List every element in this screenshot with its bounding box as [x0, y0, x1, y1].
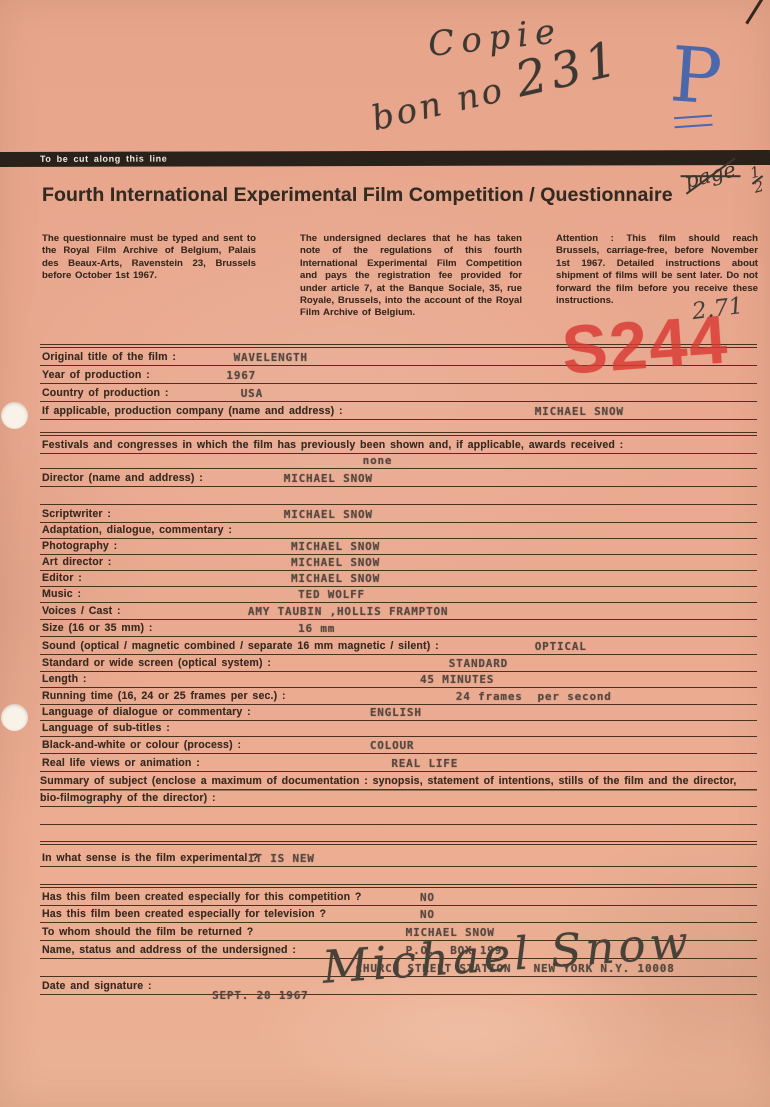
field-value: STANDARD: [449, 657, 508, 670]
form-row: In what sense is the film experimental ?…: [40, 845, 757, 867]
field-value: SEPT. 28 1967: [212, 989, 309, 1002]
field-label: Country of production :: [42, 387, 169, 399]
field-label: Festivals and congresses in which the fi…: [42, 439, 623, 451]
field-value: 45 MINUTES: [420, 673, 494, 686]
field-label: Sound (optical / magnetic combined / sep…: [42, 640, 439, 652]
blue-double-underline: [674, 115, 713, 129]
form-row: Director (name and address) :MICHAEL SNO…: [40, 469, 757, 487]
field-value: 1967: [226, 369, 256, 382]
page-fraction: 1 2: [747, 166, 766, 194]
field-label: Length :: [42, 673, 87, 685]
field-value: NO: [420, 908, 435, 921]
form-row: [40, 867, 757, 888]
field-label: Original title of the film :: [42, 351, 176, 363]
field-value: MICHAEL SNOW: [284, 472, 373, 485]
field-value: NO: [420, 891, 435, 904]
field-value: MICHAEL SNOW: [291, 572, 380, 585]
form-row: none: [40, 454, 757, 469]
field-value: MICHAEL SNOW: [291, 540, 380, 553]
field-label: Director (name and address) :: [42, 472, 203, 484]
blue-letter-p: P: [667, 29, 724, 121]
form-row: Scriptwriter :MICHAEL SNOW: [40, 505, 757, 523]
form-row: [40, 487, 757, 505]
form-row: Language of dialogue or commentary :ENGL…: [40, 705, 757, 721]
scanned-questionnaire-page: Copie bon no 231 P To be cut along this …: [0, 0, 770, 1107]
form-row: Sound (optical / magnetic combined / sep…: [40, 637, 757, 655]
field-label: Date and signature :: [42, 980, 152, 992]
field-value: AMY TAUBIN ,HOLLIS FRAMPTON: [248, 605, 448, 618]
field-value: IT IS NEW: [248, 852, 315, 865]
field-label: Name, status and address of the undersig…: [42, 944, 296, 956]
form-row: Has this film been created especially fo…: [40, 888, 757, 906]
form-row: Black-and-white or colour (process) :COL…: [40, 737, 757, 754]
field-label: Editor :: [42, 572, 82, 584]
field-label: Has this film been created especially fo…: [42, 908, 326, 920]
field-label: Language of sub-titles :: [42, 722, 170, 734]
field-label: Adaptation, dialogue, commentary :: [42, 524, 232, 536]
form-row: [40, 420, 757, 436]
form-row: Editor :MICHAEL SNOW: [40, 571, 757, 587]
form-row: Music :TED WOLFF: [40, 587, 757, 603]
form-row: [40, 807, 757, 825]
field-value: WAVELENGTH: [234, 351, 308, 364]
field-label: Language of dialogue or commentary :: [42, 706, 251, 718]
field-label: To whom should the film be returned ?: [42, 926, 253, 938]
instructions-paragraph-1: The questionnaire must be typed and sent…: [42, 233, 256, 283]
field-label: Art director :: [42, 556, 111, 568]
field-label: Photography :: [42, 540, 117, 552]
field-label: Summary of subject (enclose a maximum of…: [40, 772, 757, 807]
field-label: Standard or wide screen (optical system)…: [42, 657, 271, 669]
field-label: Music :: [42, 588, 81, 600]
handwritten-blue-letter: P: [667, 36, 724, 128]
form-row: Standard or wide screen (optical system)…: [40, 655, 757, 672]
form-row: Length :45 MINUTES: [40, 672, 757, 688]
field-value: OPTICAL: [535, 640, 587, 653]
form-row: Running time (16, 24 or 25 frames per se…: [40, 688, 757, 705]
field-value: ENGLISH: [370, 706, 422, 719]
field-value: 16 mm: [298, 622, 335, 635]
form-row: Photography :MICHAEL SNOW: [40, 539, 757, 555]
field-value: COLOUR: [370, 739, 415, 752]
cut-line-label: To be cut along this line: [0, 150, 770, 167]
field-label: Year of production :: [42, 369, 150, 381]
field-label: If applicable, production company (name …: [42, 405, 343, 417]
field-value: MICHAEL SNOW: [535, 405, 624, 418]
form-rows: Original title of the film :WAVELENGTHYe…: [40, 344, 757, 995]
field-value: none: [363, 454, 393, 467]
punch-hole: [1, 704, 28, 731]
form-row: Country of production :USA: [40, 384, 757, 402]
form-row: Adaptation, dialogue, commentary :: [40, 523, 757, 539]
cut-line-bar: To be cut along this line: [0, 150, 770, 167]
field-label: Black-and-white or colour (process) :: [42, 739, 241, 751]
form-row: Real life views or animation :REAL LIFE: [40, 754, 757, 772]
page-title: Fourth International Experimental Film C…: [42, 184, 673, 207]
field-label: Size (16 or 35 mm) :: [42, 622, 153, 634]
field-value: MICHAEL SNOW: [291, 556, 380, 569]
field-value: USA: [241, 387, 263, 400]
field-value: MICHAEL SNOW: [284, 508, 373, 521]
form-row: [40, 825, 757, 845]
form-row: Art director :MICHAEL SNOW: [40, 555, 757, 571]
field-value: REAL LIFE: [391, 757, 458, 770]
pencil-code-note: 2.71: [691, 293, 745, 325]
form-row: Voices / Cast :AMY TAUBIN ,HOLLIS FRAMPT…: [40, 603, 757, 620]
bon-word: bon no: [368, 70, 509, 139]
field-label: Real life views or animation :: [42, 757, 200, 769]
field-value: 24 frames per second: [456, 690, 612, 703]
punch-hole: [1, 402, 28, 429]
field-label: Has this film been created especially fo…: [42, 891, 362, 903]
form-row: Summary of subject (enclose a maximum of…: [40, 772, 757, 807]
instructions-paragraph-2: The undersigned declares that he has tak…: [300, 233, 522, 320]
field-label: In what sense is the film experimental ?: [42, 852, 259, 864]
field-label: Running time (16, 24 or 25 frames per se…: [42, 690, 286, 702]
form-row: Size (16 or 35 mm) :16 mm: [40, 620, 757, 637]
field-label: Scriptwriter :: [42, 508, 111, 520]
form-row: If applicable, production company (name …: [40, 402, 757, 420]
field-label: Voices / Cast :: [42, 605, 121, 617]
field-value: TED WOLFF: [298, 588, 365, 601]
form-row: Festivals and congresses in which the fi…: [40, 436, 757, 454]
pen-corner-mark: [745, 0, 763, 25]
form-row: Language of sub-titles :: [40, 721, 757, 737]
